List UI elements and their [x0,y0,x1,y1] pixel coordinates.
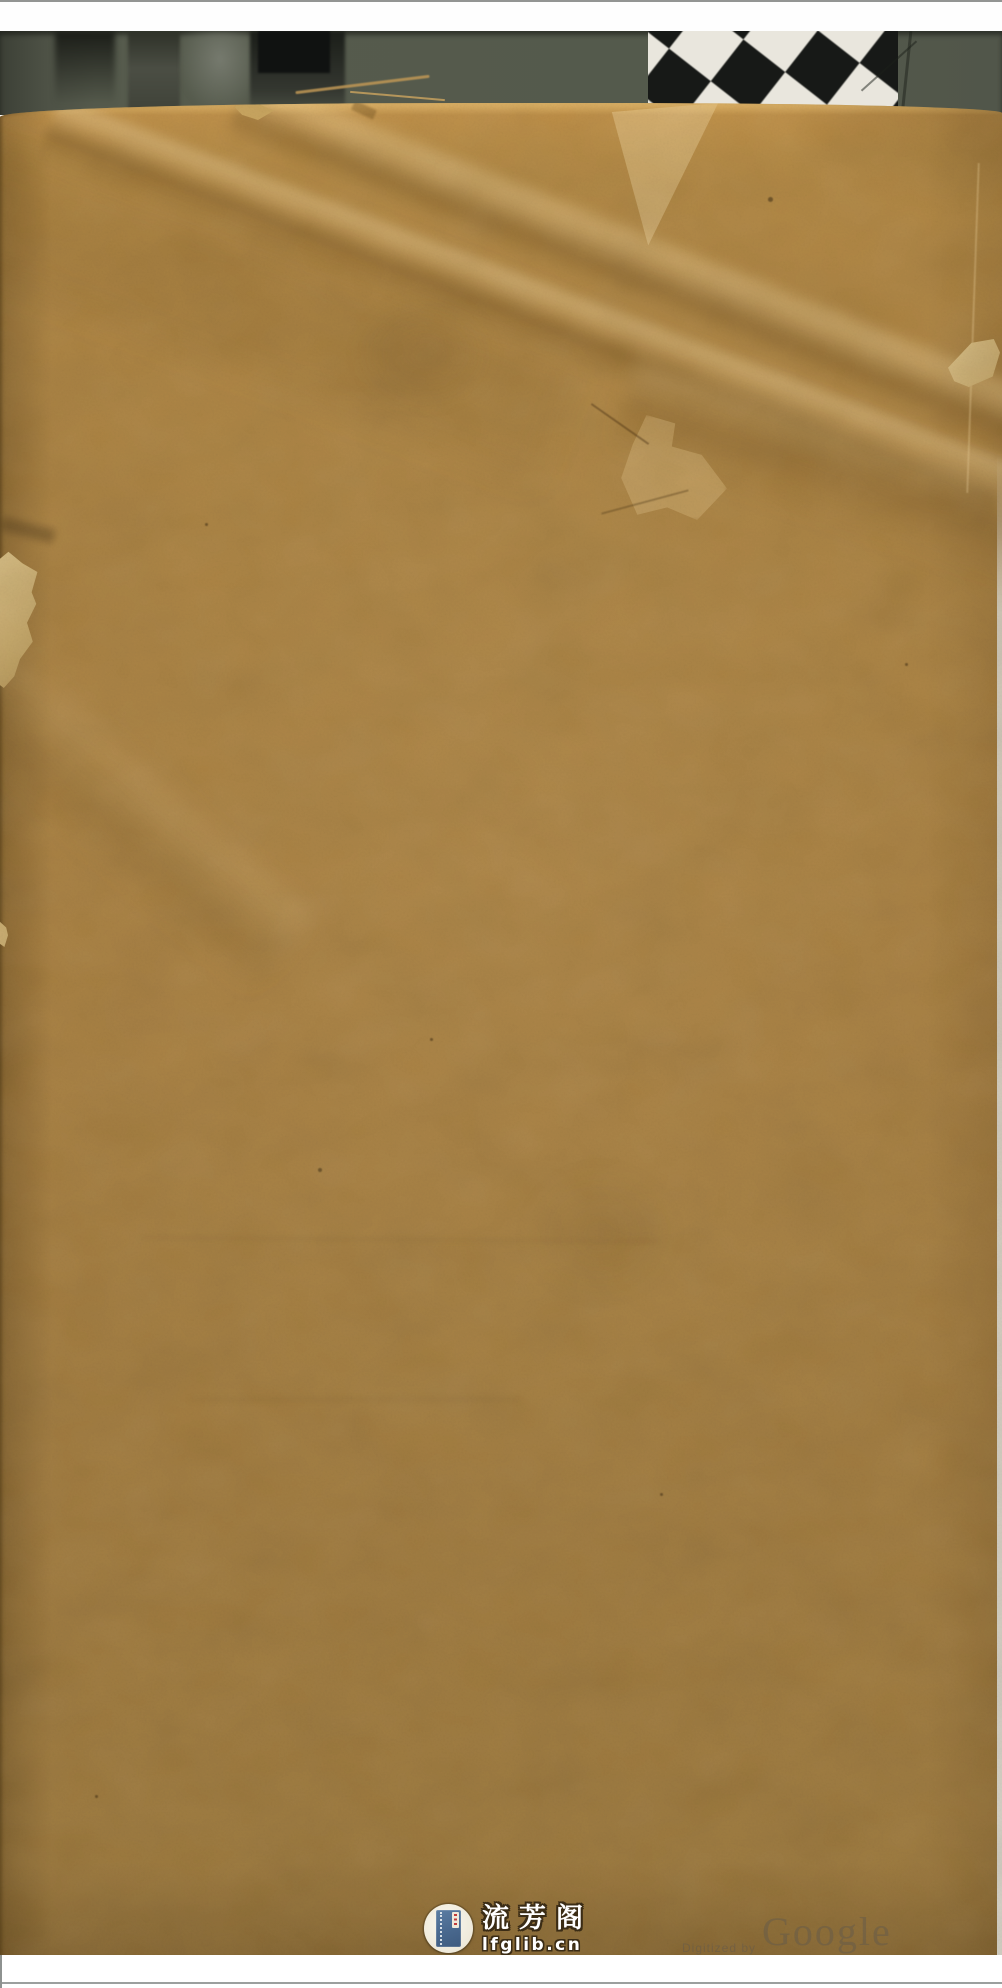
cradle-shadow-left [55,31,115,105]
paper-grain-highlight [0,103,1002,1957]
stitched-book-icon [436,1910,461,1947]
book-title-marks [454,1914,457,1926]
page-border-top [0,0,1002,2]
paper-fiber [350,91,445,101]
book-title-label [452,1912,459,1928]
watermark-site-name: 流芳阁 [482,1905,593,1933]
scanned-page: 流芳阁 lfglib.cn Digitized by Google [0,0,1002,1988]
google-logo-text: Google [762,1912,892,1952]
book-stitches [440,1912,442,1945]
lfglib-logo [424,1904,473,1953]
scanner-light-patch [180,31,260,111]
watermark-site-url: lfglib.cn [482,1937,582,1954]
page-border-bottom [0,1982,1002,1984]
lfglib-watermark: 流芳阁 lfglib.cn [424,1904,684,1956]
cradle-clamp-core [258,31,330,73]
page-border-left [0,1955,2,1988]
book-cover [0,103,1002,1957]
scan-margin-bottom [0,1955,1002,1988]
digitized-by-text: Digitized by [682,1941,756,1955]
scan-margin-top [0,0,1002,33]
